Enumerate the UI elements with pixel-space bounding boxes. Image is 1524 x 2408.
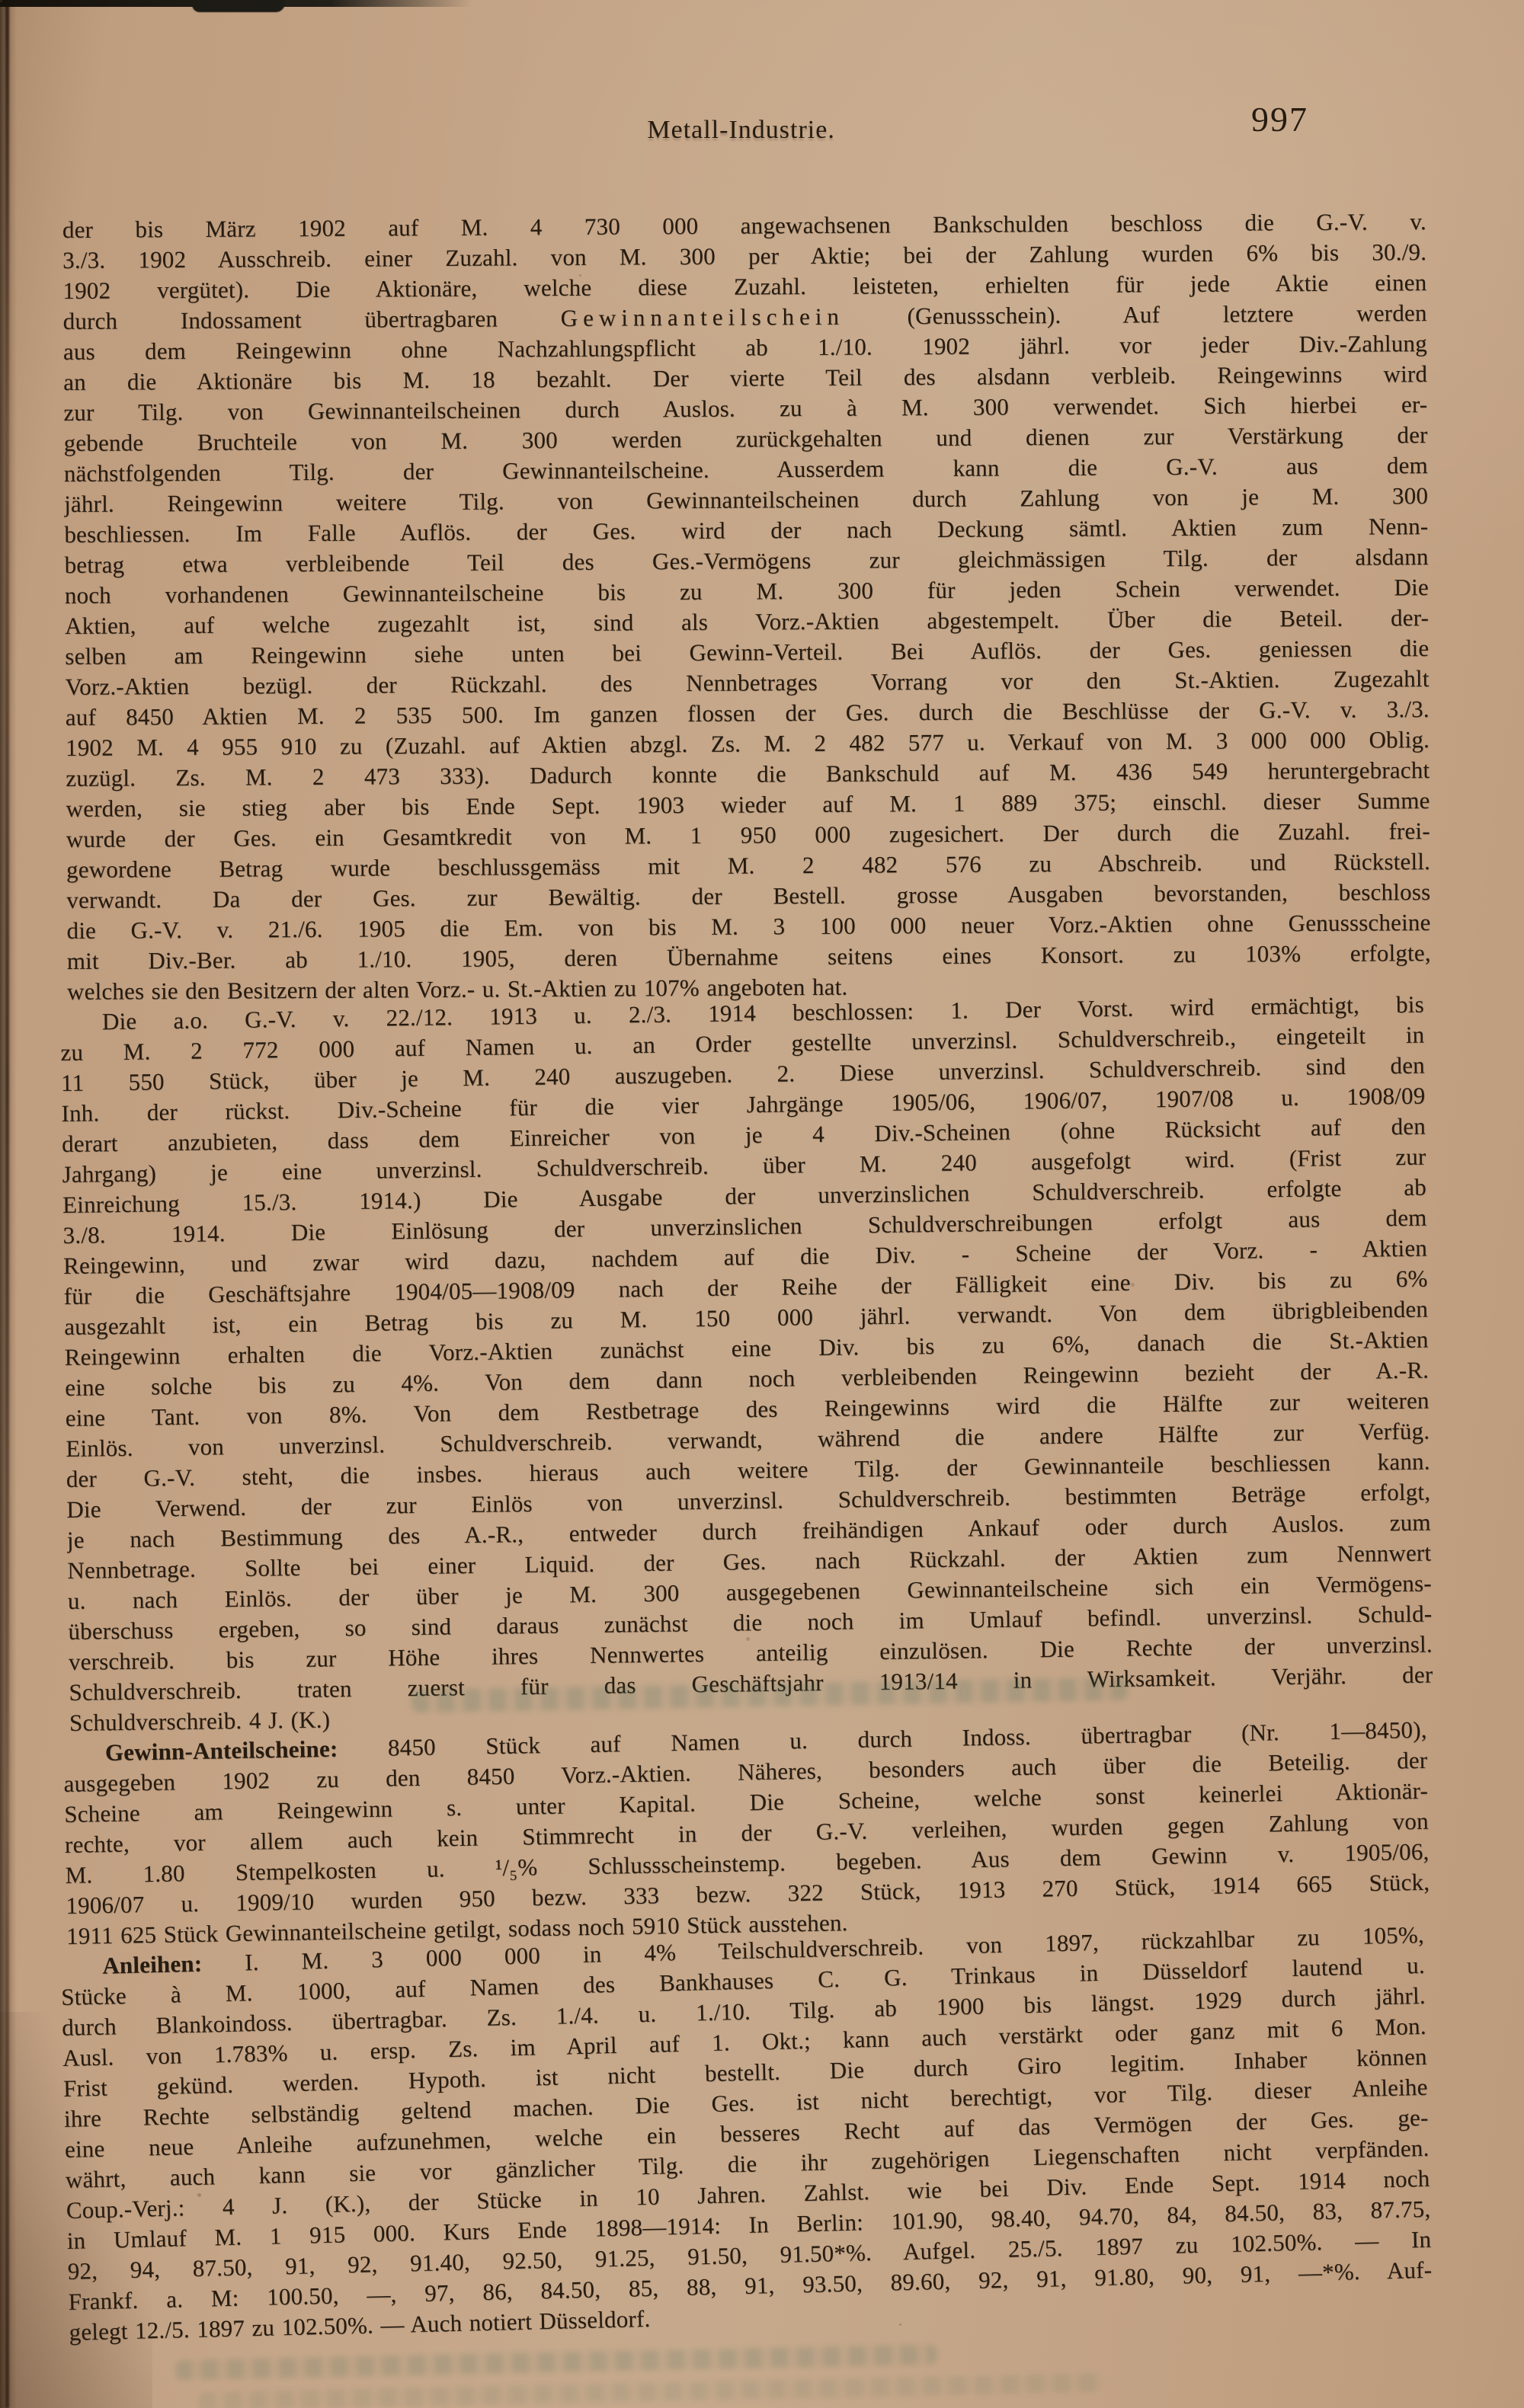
text-segment: Schuldverschreib. 4 J. (K.) xyxy=(69,1706,331,1735)
book-page: Metall-Industrie. 997 der bis März 1902 … xyxy=(0,0,1524,2408)
body-text: der bis März 1902 auf M. 4 730 000 angew… xyxy=(65,215,1429,2348)
paragraph: Anleihen: I. M. 3 000 000 in 4% Teilschu… xyxy=(60,1920,1433,2348)
text-segment: mit Div.-Ber. ab 1./10. 1905, deren Über… xyxy=(67,939,1431,974)
ink-bleed-through-artifact xyxy=(175,2345,937,2381)
running-title: Metall-Industrie. xyxy=(647,116,834,145)
bold-text-segment: Anleihen: xyxy=(102,1950,203,1979)
paragraph: der bis März 1902 auf M. 4 730 000 angew… xyxy=(62,206,1431,1007)
paper-speckles xyxy=(0,0,2,2)
paragraph: Gewinn-Anteilscheine: 8450 Stück auf Nam… xyxy=(63,1715,1431,1952)
page-number: 997 xyxy=(1251,99,1308,139)
page-header: Metall-Industrie. 997 xyxy=(65,0,1429,175)
spaced-text-segment: Gewinnanteilschein xyxy=(561,303,844,331)
paragraph: Die a.o. G.-V. v. 22./12. 1913 u. 2./3. … xyxy=(60,990,1433,1738)
ink-bleed-through-artifact xyxy=(198,2374,1105,2408)
text-segment: (Genussschein). Auf letztere werden xyxy=(844,299,1427,330)
text-segment: durch Indossament übertragbaren xyxy=(63,305,561,334)
bold-text-segment: Gewinn-Anteilscheine: xyxy=(105,1735,338,1766)
